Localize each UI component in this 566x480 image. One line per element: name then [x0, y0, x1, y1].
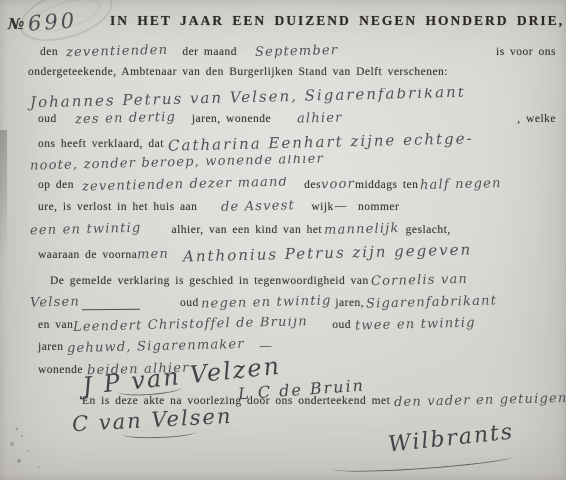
printed-text: op den — [38, 179, 74, 191]
blank-space — [197, 209, 221, 210]
handwritten-text: zes en dertig — [75, 111, 176, 127]
printed-text: jaren, wonende — [192, 113, 271, 125]
handwritten-text: Sigarenfabrikant — [366, 295, 497, 312]
blank-space — [343, 121, 518, 122]
blank-space — [237, 54, 255, 55]
printed-text: der maand — [182, 46, 237, 58]
handwritten-text: Catharina Eenhart zijne echtge- — [168, 133, 474, 155]
printed-text: middags ten — [355, 179, 418, 191]
blank-space — [58, 54, 66, 55]
printed-text: De gemelde verklaring is geschied in teg… — [50, 275, 369, 287]
printed-text: is voor ons — [496, 46, 556, 58]
blank-space — [352, 165, 388, 166]
printed-text: en van — [38, 319, 73, 331]
blank-space — [176, 121, 192, 122]
printed-text: den — [40, 46, 58, 58]
handwritten-text: den vader en getuigen — [394, 393, 566, 410]
handwritten-text: Leendert Christoffel de Bruijn — [73, 317, 308, 335]
handwritten-text: alhier — [297, 111, 343, 127]
document-title: IN HET JAAR EEN DUIZEND NEGEN HONDERD DR… — [110, 10, 564, 29]
handwritten-text: mannelijk — [324, 222, 400, 238]
handwritten-text: Velsen — [30, 295, 80, 311]
handwritten-text: een en twintig — [30, 222, 142, 238]
form-line: Velsenoudnegen en twintigjaren,Sigarenfa… — [0, 295, 566, 317]
printed-text: alhier, van een kind van het — [171, 224, 322, 236]
printed-text: ons heeft verklaard, dat — [38, 138, 164, 150]
printed-text: waaraan de voorna — [38, 249, 137, 261]
handwritten-text: twee en twintig — [355, 317, 476, 333]
handwritten-text: voor — [321, 177, 355, 192]
printed-text: oud — [38, 113, 57, 125]
form-line: noote, zonder beroep, wonende alhier — [0, 155, 566, 177]
printed-text: ondergeteekende, Ambtenaar van den Burge… — [28, 66, 448, 78]
handwritten-text: — — [334, 199, 349, 214]
act-number-value: 690 — [28, 8, 79, 35]
form-line: ons heeft verklaard, datCatharina Eenhar… — [0, 133, 566, 155]
form-line: ondergeteekende, Ambtenaar van den Burge… — [0, 66, 566, 88]
form-line: oudzes en dertigjaren, wonendealhier, we… — [0, 111, 566, 133]
printed-text: oud — [332, 319, 351, 331]
handwritten-text: zeventienden dezer maand — [82, 177, 288, 195]
blank-space — [271, 121, 297, 122]
blank-space — [299, 209, 311, 210]
birth-certificate-scan: № 690 IN HET JAAR EEN DUIZEND NEGEN HOND… — [0, 0, 566, 480]
ink-stroke — [82, 308, 140, 309]
paper-edge-smudge — [0, 130, 7, 260]
printed-text: geslacht, — [406, 224, 451, 236]
handwritten-text: zeventienden — [66, 44, 169, 60]
blank-space — [273, 349, 287, 350]
printed-text: des — [304, 179, 321, 191]
blank-space — [245, 349, 259, 350]
printed-text: En is deze akte na voorlezing door ons o… — [82, 395, 390, 407]
blank-space — [141, 232, 171, 233]
printed-text: jaren, — [335, 297, 364, 309]
blank-space — [169, 257, 183, 258]
form-line: ure, is verlost in het huis aande Asvest… — [0, 199, 566, 221]
form-line: jarengehuwd, Sigarenmaker— — [0, 339, 566, 361]
printed-text: , welke — [517, 113, 556, 125]
blank-space — [466, 101, 476, 102]
handwritten-text: September — [255, 44, 339, 60]
printed-text: wonende — [38, 364, 83, 376]
printed-text: oud — [180, 297, 199, 309]
blank-space — [324, 165, 348, 166]
blank-space — [57, 121, 75, 122]
signature-registrar: Wilbrants — [387, 419, 515, 457]
blank-space — [74, 187, 82, 188]
form-lines: denzeventiendender maandSeptemberis voor… — [0, 42, 566, 415]
form-line: op denzeventienden dezer maanddesvoormid… — [0, 177, 566, 199]
handwritten-text: men — [137, 246, 169, 262]
blank-space — [288, 187, 304, 188]
form-line: en vanLeendert Christoffel de Bruijnoudt… — [0, 317, 566, 339]
handwritten-text: negen en twintig — [201, 295, 332, 312]
form-line: denzeventiendender maandSeptemberis voor… — [0, 44, 566, 66]
blank-space — [348, 209, 358, 210]
blank-space — [168, 54, 182, 55]
blank-space — [308, 327, 332, 328]
printed-text: ure, is verlost in het huis aan — [38, 201, 197, 213]
blank-space — [142, 305, 180, 306]
paper-ink-specks — [16, 428, 18, 430]
form-line: een en twintigalhier, van een kind van h… — [0, 222, 566, 244]
printed-text: wijk — [311, 201, 333, 213]
handwritten-text: gehuwd, Sigarenmaker — [67, 339, 245, 356]
handwritten-text: noote, zonder beroep, wonende alhier — [30, 155, 324, 174]
printed-text: nommer — [358, 201, 399, 213]
form-line: De gemelde verklaring is geschied in teg… — [0, 273, 566, 295]
handwritten-text: de Asvest — [221, 199, 295, 215]
handwritten-text: Johannes Petrus van Velsen, Sigarenfabri… — [30, 88, 466, 110]
handwritten-text: half negen — [420, 177, 502, 193]
printed-text: jaren — [38, 341, 63, 353]
handwritten-text: Cornelis van — [371, 273, 468, 289]
form-line: Johannes Petrus van Velsen, Sigarenfabri… — [0, 88, 566, 110]
handwritten-text: Anthonius Petrus zijn gegeven — [183, 244, 473, 266]
form-line: waaraan de voornamenAnthonius Petrus zij… — [0, 244, 566, 266]
blank-space — [338, 54, 496, 55]
